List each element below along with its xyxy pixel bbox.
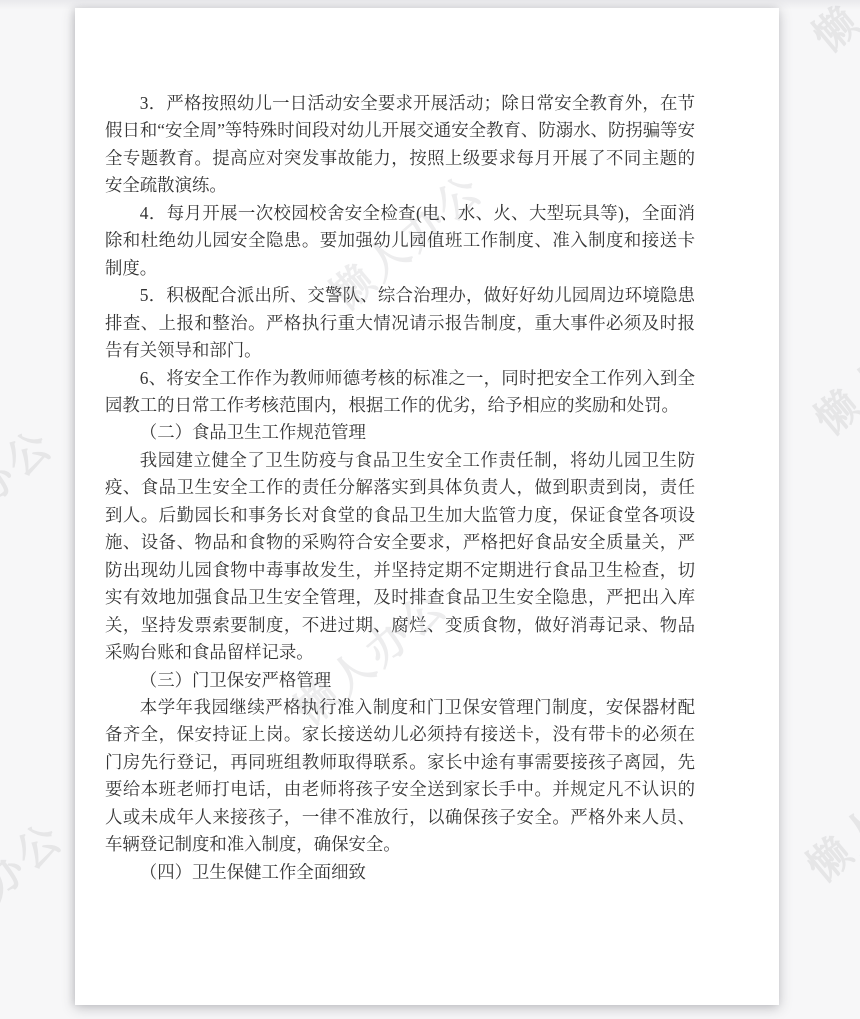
watermark: 懒人办公 bbox=[798, 0, 860, 64]
watermark: 懒人办公 bbox=[0, 413, 65, 577]
section-heading-gate-security: （三）门卫保安严格管理 bbox=[105, 667, 695, 694]
section-heading-food-hygiene: （二）食品卫生工作规范管理 bbox=[105, 419, 695, 446]
document-viewer-background: 3．严格按照幼儿一日活动安全要求开展活动；除日常安全教育外，在节假日和“安全周”… bbox=[0, 0, 860, 1019]
watermark: 懒人办公 bbox=[0, 806, 75, 970]
paragraph-gate-security: 本学年我园继续严格执行准入制度和门卫保安管理门制度，安保器材配备齐全，保安持证上… bbox=[105, 694, 695, 859]
paragraph-item-4: 4．每月开展一次校园校舍安全检查(电、水、火、大型玩具等)，全面消除和杜绝幼儿园… bbox=[105, 200, 695, 282]
document-page: 3．严格按照幼儿一日活动安全要求开展活动；除日常安全教育外，在节假日和“安全周”… bbox=[75, 8, 779, 1005]
paragraph-food-hygiene: 我园建立健全了卫生防疫与食品卫生安全工作责任制，将幼儿园卫生防疫、食品卫生安全工… bbox=[105, 447, 695, 667]
document-content: 3．严格按照幼儿一日活动安全要求开展活动；除日常安全教育外，在节假日和“安全周”… bbox=[105, 90, 695, 886]
section-heading-health-care: （四）卫生保健工作全面细致 bbox=[105, 859, 695, 886]
watermark: 懒人办公 bbox=[792, 730, 860, 894]
paragraph-item-3: 3．严格按照幼儿一日活动安全要求开展活动；除日常安全教育外，在节假日和“安全周”… bbox=[105, 90, 695, 200]
paragraph-item-6: 6、将安全工作作为教师师德考核的标准之一，同时把安全工作列入到全园教工的日常工作… bbox=[105, 365, 695, 420]
paragraph-item-5: 5．积极配合派出所、交警队、综合治理办，做好好幼儿园周边环境隐患排查、上报和整治… bbox=[105, 282, 695, 364]
watermark: 懒人办公 bbox=[800, 283, 860, 447]
